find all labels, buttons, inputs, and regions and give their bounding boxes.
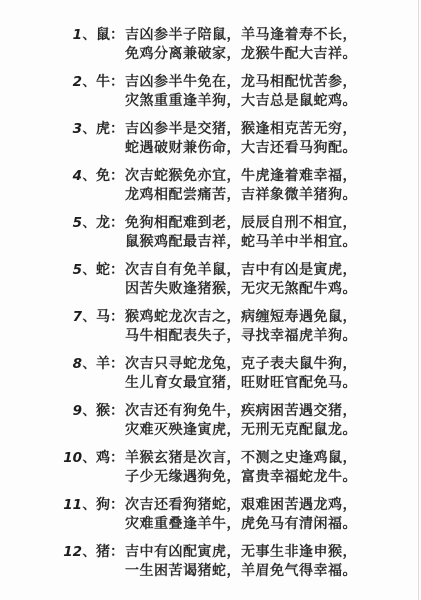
item-number: 11 (56, 496, 82, 515)
verse-line-2: 灾煞重重逢羊狗，大吉总是鼠蛇鸡。 (125, 92, 357, 111)
list-item: 8 、 羊： 次吉只寻蛇龙兔，克子表夫鼠牛狗， 生儿育女最宜猪，旺财旺官配免马。 (0, 355, 421, 393)
verse-text: 次吉只寻蛇龙兔，克子表夫鼠牛狗， 生儿育女最宜猪，旺财旺官配免马。 (125, 355, 357, 393)
item-number: 5 (56, 214, 82, 233)
verse-line-1: 吉凶参半牛免在，龙马相配忧苦参， (125, 73, 357, 92)
list-item: 9 、 猴： 次吉还有狗免牛，疾病困苦遇交猪， 灾难灭殃逢寅虎，无刑无克配鼠龙。 (0, 402, 421, 440)
verse-text: 吉凶参半牛免在，龙马相配忧苦参， 灾煞重重逢羊狗，大吉总是鼠蛇鸡。 (125, 73, 357, 111)
enumeration-comma: 、 (82, 26, 96, 45)
enumeration-comma: 、 (82, 120, 96, 139)
list-item: 11 、 狗： 次吉还看狗猪蛇，艰难困苦遇龙鸡， 灾难重叠逢羊牛，虎免马有清闲福… (0, 496, 421, 534)
verse-line-1: 吉凶参半子陪鼠，羊马逢着寿不长， (125, 26, 357, 45)
verse-line-2: 马牛相配表失子，寻找幸福虎羊狗。 (125, 327, 357, 346)
zodiac-label-tiger: 虎： (96, 120, 124, 139)
list-item: 7 、 马： 猴鸡蛇龙次吉之，病缠短寿遇免鼠， 马牛相配表失子，寻找幸福虎羊狗。 (0, 308, 421, 346)
zodiac-label-horse: 马： (96, 308, 124, 327)
zodiac-label-goat: 羊： (96, 355, 124, 374)
verse-line-2: 龙鸡相配尝痛苦，吉祥象微羊猪狗。 (125, 186, 357, 205)
verse-line-2: 一生困苦谒猪蛇，羊眉免气得幸福。 (125, 562, 357, 581)
enumeration-comma: 、 (82, 167, 96, 186)
verse-text: 吉中有凶配寅虎，无事生非逢申猴， 一生困苦谒猪蛇，羊眉免气得幸福。 (125, 543, 357, 581)
enumeration-comma: 、 (82, 214, 96, 233)
verse-line-2: 免鸡分离兼破家，龙猴牛配大吉祥。 (125, 45, 357, 64)
zodiac-label-dog: 狗： (96, 496, 124, 515)
item-number: 3 (56, 120, 82, 139)
verse-line-1: 吉凶参半是交猪，猴逢相克苦无穷， (125, 120, 357, 139)
item-number: 7 (56, 308, 82, 327)
list-item: 10 、 鸡： 羊猴玄猪是次言，不测之史逢鸡鼠， 子少无缘遇狗免，富贵幸福蛇龙牛… (0, 449, 421, 487)
enumeration-comma: 、 (82, 449, 96, 468)
item-number: 8 (56, 355, 82, 374)
verse-line-2: 生儿育女最宜猪，旺财旺官配免马。 (125, 374, 357, 393)
verse-line-1: 次吉还看狗猪蛇，艰难困苦遇龙鸡， (125, 496, 357, 515)
verse-line-2: 灾难灭殃逢寅虎，无刑无克配鼠龙。 (125, 421, 357, 440)
verse-line-2: 鼠猴鸡配最吉祥，蛇马羊中半相宜。 (125, 233, 357, 252)
item-number: 5 (56, 261, 82, 280)
list-item: 12 、 猪： 吉中有凶配寅虎，无事生非逢申猴， 一生困苦谒猪蛇，羊眉免气得幸福… (0, 543, 421, 581)
zodiac-label-rat: 鼠： (96, 26, 124, 45)
zodiac-label-monkey: 猴： (96, 402, 124, 421)
verse-line-1: 吉中有凶配寅虎，无事生非逢申猴， (125, 543, 357, 562)
verse-line-1: 次吉还有狗免牛，疾病困苦遇交猪， (125, 402, 357, 421)
list-item: 4 、 免： 次吉蛇猴免亦宜，牛虎逢着难幸福， 龙鸡相配尝痛苦，吉祥象微羊猪狗。 (0, 167, 421, 205)
verse-text: 羊猴玄猪是次言，不测之史逢鸡鼠， 子少无缘遇狗免，富贵幸福蛇龙牛。 (125, 449, 357, 487)
verse-text: 吉凶参半子陪鼠，羊马逢着寿不长， 免鸡分离兼破家，龙猴牛配大吉祥。 (125, 26, 357, 64)
enumeration-comma: 、 (82, 261, 96, 280)
item-number: 1 (56, 26, 82, 45)
item-number: 2 (56, 73, 82, 92)
zodiac-label-rooster: 鸡： (96, 449, 124, 468)
verse-line-2: 蛇遇破财兼伤命，大吉还看马狗配。 (125, 139, 357, 158)
verse-line-1: 羊猴玄猪是次言，不测之史逢鸡鼠， (125, 449, 357, 468)
zodiac-label-pig: 猪： (96, 543, 124, 562)
verse-line-1: 次吉蛇猴免亦宜，牛虎逢着难幸福， (125, 167, 357, 186)
item-number: 12 (56, 543, 82, 562)
verse-text: 免狗相配难到老，辰辰自刑不相宜， 鼠猴鸡配最吉祥，蛇马羊中半相宜。 (125, 214, 357, 252)
verse-text: 猴鸡蛇龙次吉之，病缠短寿遇免鼠， 马牛相配表失子，寻找幸福虎羊狗。 (125, 308, 357, 346)
verse-text: 次吉还有狗免牛，疾病困苦遇交猪， 灾难灭殃逢寅虎，无刑无克配鼠龙。 (125, 402, 357, 440)
verse-line-2: 子少无缘遇狗免，富贵幸福蛇龙牛。 (125, 468, 357, 487)
item-number: 10 (56, 449, 82, 468)
list-item: 3 、 虎： 吉凶参半是交猪，猴逢相克苦无穷， 蛇遇破财兼伤命，大吉还看马狗配。 (0, 120, 421, 158)
verse-line-1: 次吉自有免羊鼠，吉中有凶是寅虎， (125, 261, 357, 280)
item-number: 4 (56, 167, 82, 186)
zodiac-label-snake: 蛇： (96, 261, 124, 280)
verse-text: 次吉蛇猴免亦宜，牛虎逢着难幸福， 龙鸡相配尝痛苦，吉祥象微羊猪狗。 (125, 167, 357, 205)
item-number: 9 (56, 402, 82, 421)
enumeration-comma: 、 (82, 543, 96, 562)
zodiac-label-ox: 牛： (96, 73, 124, 92)
enumeration-comma: 、 (82, 496, 96, 515)
enumeration-comma: 、 (82, 73, 96, 92)
zodiac-label-dragon: 龙： (96, 214, 124, 233)
verse-text: 吉凶参半是交猪，猴逢相克苦无穷， 蛇遇破财兼伤命，大吉还看马狗配。 (125, 120, 357, 158)
page-edge-line (418, 0, 419, 600)
list-item: 1 、 鼠： 吉凶参半子陪鼠，羊马逢着寿不长， 免鸡分离兼破家，龙猴牛配大吉祥。 (0, 26, 421, 64)
list-item: 5 、 龙： 免狗相配难到老，辰辰自刑不相宜， 鼠猴鸡配最吉祥，蛇马羊中半相宜。 (0, 214, 421, 252)
list-item: 2 、 牛： 吉凶参半牛免在，龙马相配忧苦参， 灾煞重重逢羊狗，大吉总是鼠蛇鸡。 (0, 73, 421, 111)
zodiac-compatibility-page: 1 、 鼠： 吉凶参半子陪鼠，羊马逢着寿不长， 免鸡分离兼破家，龙猴牛配大吉祥。… (0, 0, 421, 600)
enumeration-comma: 、 (82, 308, 96, 327)
zodiac-label-rabbit: 免： (96, 167, 124, 186)
verse-line-1: 次吉只寻蛇龙兔，克子表夫鼠牛狗， (125, 355, 357, 374)
verse-text: 次吉还看狗猪蛇，艰难困苦遇龙鸡， 灾难重叠逢羊牛，虎免马有清闲福。 (125, 496, 357, 534)
verse-line-1: 免狗相配难到老，辰辰自刑不相宜， (125, 214, 357, 233)
verse-line-2: 因苦失败逢猪猴，无灾无煞配牛鸡。 (125, 280, 357, 299)
enumeration-comma: 、 (82, 355, 96, 374)
enumeration-comma: 、 (82, 402, 96, 421)
verse-line-1: 猴鸡蛇龙次吉之，病缠短寿遇免鼠， (125, 308, 357, 327)
verse-line-2: 灾难重叠逢羊牛，虎免马有清闲福。 (125, 515, 357, 534)
list-item: 5 、 蛇： 次吉自有免羊鼠，吉中有凶是寅虎， 因苦失败逢猪猴，无灾无煞配牛鸡。 (0, 261, 421, 299)
verse-text: 次吉自有免羊鼠，吉中有凶是寅虎， 因苦失败逢猪猴，无灾无煞配牛鸡。 (125, 261, 357, 299)
